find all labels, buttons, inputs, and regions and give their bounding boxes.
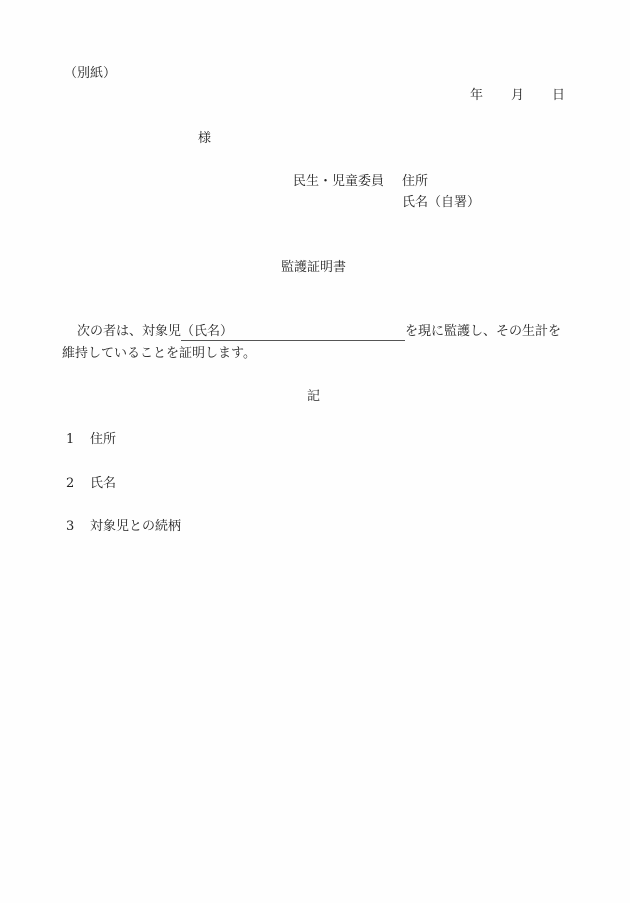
date-month: 月 [511,88,524,104]
child-name-field: （氏名） [181,324,405,341]
item-2-number: 2 [66,476,74,492]
item-2-label: 氏名 [90,476,116,492]
body-line1-prefix: 次の者は、対象児 [77,324,181,339]
body-line-2: 維持していることを証明します。 [62,346,256,362]
date-day: 日 [552,88,565,104]
document-title: 監護証明書 [281,260,346,276]
ki-label: 記 [307,389,320,405]
addressee-suffix: 様 [198,131,211,147]
issuer-title: 民生・児童委員 [293,174,384,190]
attachment-label: （別紙） [64,66,116,82]
child-name-label: （氏名） [181,324,233,339]
item-1-number: 1 [66,432,74,448]
date-year: 年 [470,88,483,104]
body-line-1: 次の者は、対象児（氏名）を現に監護し、その生計を [77,324,561,341]
body-line1-suffix: を現に監護し、その生計を [405,324,561,339]
item-1-label: 住所 [90,432,116,448]
item-3-number: 3 [66,519,74,535]
issuer-name-label: 氏名（自署） [402,195,480,211]
item-3-label: 対象児との続柄 [90,519,181,535]
issuer-address-label: 住所 [402,174,428,190]
